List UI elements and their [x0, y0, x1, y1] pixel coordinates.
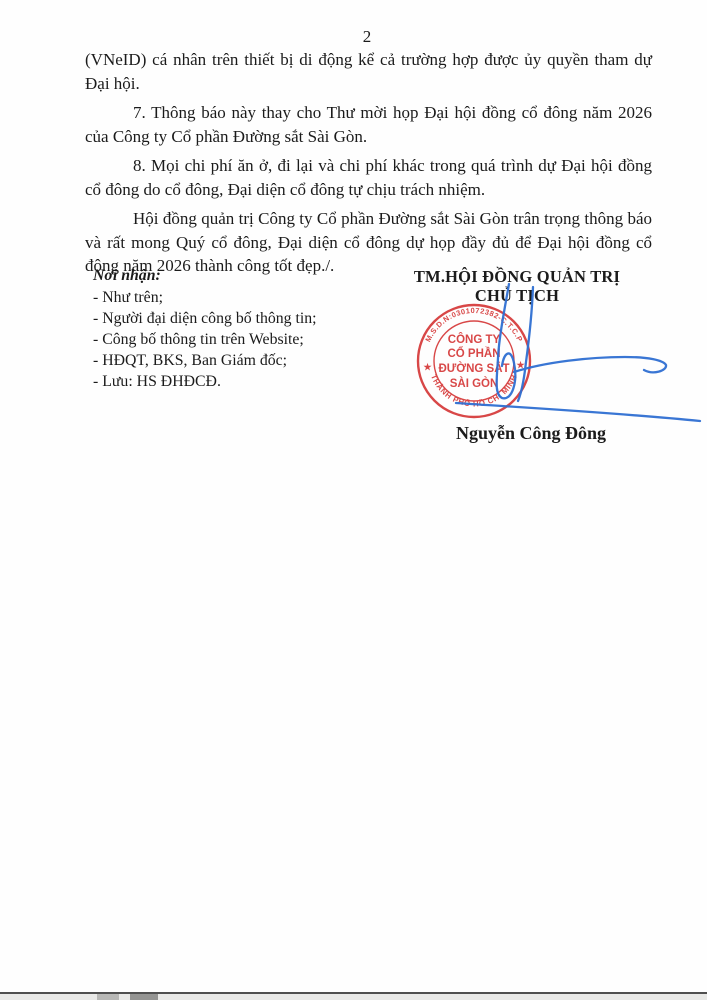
- signer-name: Nguyễn Công Đông: [420, 423, 642, 444]
- stamp-center-line: CỔ PHẦN: [447, 347, 500, 360]
- paragraph: 8. Mọi chi phí ăn ở, đi lại và chi phí k…: [85, 154, 652, 201]
- org-line: TM.HỘI ĐỒNG QUẢN TRỊ: [396, 268, 638, 287]
- signature-stroke: [514, 357, 666, 372]
- scanner-smudge: [97, 994, 119, 1000]
- document-page: 2 (VNeID) cá nhân trên thiết bị di động …: [0, 0, 707, 1000]
- stamp-center-line: SÀI GÒN: [450, 377, 499, 390]
- stamp-center-line: ĐƯỜNG SẮT: [438, 362, 509, 375]
- document-body: (VNeID) cá nhân trên thiết bị di động kể…: [85, 48, 652, 284]
- recipient-item: - Như trên;: [93, 287, 373, 308]
- recipients-block: Nơi nhận: - Như trên; - Người đại diện c…: [93, 265, 373, 392]
- page-number: 2: [0, 27, 707, 47]
- recipients-label: Nơi nhận:: [93, 265, 373, 286]
- company-stamp: M.S.D.N:0301072382-C.T.C.P THÀNH PHỐ HỒ …: [415, 301, 533, 421]
- stamp-star-left-icon: ★: [423, 362, 432, 372]
- signature-heading: TM.HỘI ĐỒNG QUẢN TRỊ CHỦ TỊCH: [396, 268, 638, 305]
- paragraph: (VNeID) cá nhân trên thiết bị di động kể…: [85, 48, 652, 95]
- stamp-star-right-icon: ★: [516, 360, 525, 370]
- paragraph: 7. Thông báo này thay cho Thư mời họp Đạ…: [85, 101, 652, 148]
- recipient-item: - HĐQT, BKS, Ban Giám đốc;: [93, 350, 373, 371]
- recipient-item: - Người đại diện công bố thông tin;: [93, 308, 373, 329]
- stamp-center-line: CÔNG TY: [448, 333, 501, 346]
- recipient-item: - Lưu: HS ĐHĐCĐ.: [93, 371, 373, 392]
- recipient-item: - Công bố thông tin trên Website;: [93, 329, 373, 350]
- scanner-smudge: [130, 994, 158, 1000]
